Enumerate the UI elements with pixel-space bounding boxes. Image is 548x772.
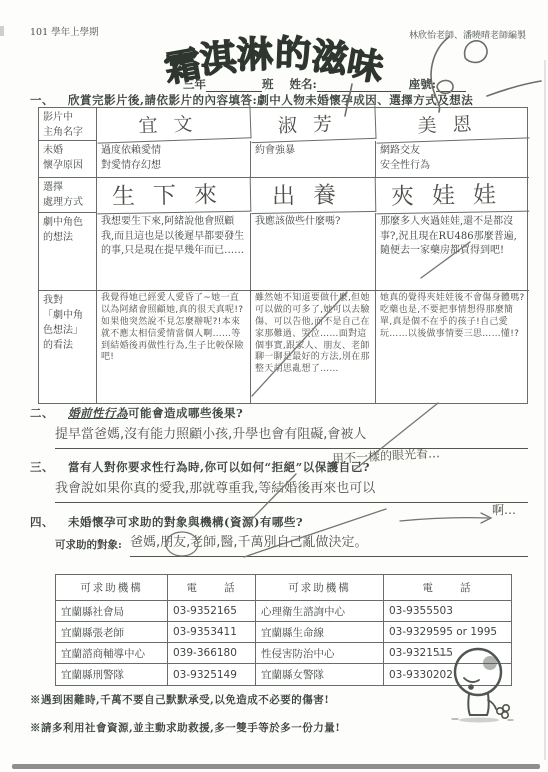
hand-drawn-arrow-icon — [400, 513, 491, 523]
class-label: 班 — [262, 77, 274, 91]
phone-cell: 03-9330202 — [384, 664, 511, 685]
section4-heading: 四、未婚懷孕可求助的對象與機構(資源)有哪些? — [30, 514, 303, 530]
phone-cell: 03-9355503 — [384, 601, 511, 622]
help-target-label: 可求助的對象: — [55, 537, 122, 552]
choice-answer: 夾娃娃 — [376, 177, 530, 215]
scan-smudge — [0, 26, 4, 36]
agency-cell: 宜蘭諮商輔導中心 — [56, 643, 168, 664]
agency-cell: 性侵害防治中心 — [256, 643, 384, 664]
section2-heading: 二、婚前性行為可能會造成哪些後果? — [30, 405, 243, 421]
row-label-my-opinion: 我對 「劇中角 色想法」 的看法 — [39, 291, 97, 403]
thought-cell: 那麼多人夾過娃娃,還不是都沒事?,況且現在RU486那麼普遍,隨便去一家藥房都買… — [376, 213, 529, 291]
footer-note: ※遇到困難時,千萬不要自己默默承受,以免造成不必要的傷害! — [30, 692, 329, 707]
agency-cell: 宜蘭縣刑警隊 — [56, 664, 168, 685]
section3-number: 三、 — [30, 459, 54, 475]
seat-label: 座號: — [409, 77, 436, 91]
column-header: 電 話 — [384, 575, 511, 601]
class-number-blank — [206, 79, 262, 92]
column-header: 可求助機構 — [256, 575, 384, 601]
section3-answer-line1: 我會說如果你真的愛我,那就尊重我,等結婚後再來也可以 — [55, 477, 528, 503]
cause-cell: 約會強暴 — [251, 141, 376, 178]
grade-label: 三年 — [183, 77, 206, 91]
section2-heading-emphasis: 婚前性行為 — [68, 406, 128, 420]
scanned-worksheet-page: { "colors": { "ink": "#3e443f", "pencil"… — [0, 0, 548, 772]
cause-cell: 網路交友 安全性行為 — [376, 141, 529, 178]
section2-heading-text: 可能會造成哪些後果? — [128, 406, 243, 420]
phone-cell: 03-9325149 — [168, 664, 256, 685]
column-header: 電 話 — [168, 575, 256, 601]
film-characters-table: 影片中 主角名字 宜文 淑芳 美恩 未婚 懷孕原因 過度依賴愛情 對愛情存幻想 … — [38, 107, 528, 404]
column-header: 可求助機構 — [56, 575, 168, 601]
page-title: 霜 淇 淋 的 滋 味 — [0, 30, 548, 81]
title-char: 的 — [274, 25, 312, 77]
opinion-answer: 雖然她不知道要做什麼,但她可以做的可多了,她可以去驗傷、可以告他,而不是自己在家… — [251, 291, 376, 403]
section1-number: 一、 — [30, 92, 54, 108]
character-name-answer: 美恩 — [375, 105, 529, 143]
phone-cell: 03-9352165 — [168, 601, 256, 622]
seat-number-blank — [436, 79, 466, 92]
footer-note: ※請多利用社會資源,並主動求助救援,多一雙手等於多一份力量! — [30, 720, 340, 735]
section4-heading-text: 未婚懷孕可求助的對象與機構(資源)有哪些? — [68, 515, 303, 529]
row-label-choice: 選擇 處理方式 — [39, 178, 97, 213]
row-label-character-name: 影片中 主角名字 — [39, 108, 97, 141]
agency-cell: 心理衛生諮詢中心 — [256, 601, 384, 622]
row-label-pregnancy-cause: 未婚 懷孕原因 — [39, 141, 97, 178]
agency-cell: 宜蘭縣張老師 — [56, 622, 168, 643]
scan-edge-bottom — [12, 764, 540, 769]
phone-cell: 03-9353411 — [168, 622, 256, 643]
section4-number: 四、 — [30, 514, 54, 530]
section3-heading: 三、當有人對你要求性行為時,你可以如何“拒絕”以保護自己? — [30, 459, 370, 475]
thought-cell: 我應該做些什麼嗎? — [251, 213, 376, 291]
agency-cell: 宜蘭縣女警隊 — [256, 664, 384, 685]
cause-cell: 過度依賴愛情 對愛情存幻想 — [97, 141, 251, 178]
section3-heading-text: 當有人對你要求性行為時,你可以如何“拒絕”以保護自己? — [68, 460, 370, 474]
section2-number: 二、 — [30, 405, 54, 421]
choice-answer: 出養 — [251, 177, 377, 214]
phone-cell: 039-366180 — [168, 643, 256, 664]
character-name-answer: 淑芳 — [250, 106, 376, 143]
agency-cell: 宜蘭縣社會局 — [56, 601, 168, 622]
phone-cell: 03-9321515 — [384, 643, 511, 664]
title-char: 滋 — [309, 28, 350, 82]
name-label: 姓名: — [290, 77, 317, 91]
section1-heading: 一、欣賞完影片後,請依影片的內容填答:劇中人物未婚懷孕成因、選擇方式及想法 — [30, 92, 473, 108]
student-name-blank — [317, 79, 401, 92]
section2-answer-line1: 提早當爸媽,沒有能力照顧小孩,升學也會有阻礙,會被人 — [55, 423, 528, 449]
thought-cell: 我想要生下來,阿緒說他會照顧我,而且這也是以後遲早都要發生的事,只是現在提早幾年… — [97, 213, 251, 291]
row-label-character-thought: 劇中角色 的想法 — [39, 213, 97, 291]
section1-heading-text: 欣賞完影片後,請依影片的內容填答:劇中人物未婚懷孕成因、選擇方式及想法 — [68, 93, 473, 107]
title-char: 淋 — [237, 26, 275, 78]
choice-answer: 生下來 — [97, 177, 252, 215]
help-target-answer: 爸媽,朋友,老師,醫,千萬別自己亂做決定。 — [130, 531, 528, 557]
phone-cell: 03-9329595 or 1995 — [384, 622, 511, 643]
agency-cell: 宜蘭縣生命線 — [256, 622, 384, 643]
character-name-answer: 宜文 — [96, 105, 251, 143]
scan-edge-right — [544, 60, 546, 760]
opinion-answer: 她真的覺得夾娃娃後不會傷身體嗎?吃藥也是,不要把事情想得那麼簡單,真是個不在乎的… — [376, 291, 529, 403]
section3-answer-line2: 啊… — [492, 501, 516, 518]
opinion-answer: 我覺得她已經愛人愛昏了~她一直以為阿緒會照顧她,真的很天真呢!?如果他突然說不見… — [97, 291, 251, 403]
student-id-line: 三年班姓名:座號: — [183, 76, 466, 92]
resource-phone-table: 可求助機構 電 話 可求助機構 電 話 宜蘭縣社會局 03-9352165 心理… — [55, 574, 512, 686]
